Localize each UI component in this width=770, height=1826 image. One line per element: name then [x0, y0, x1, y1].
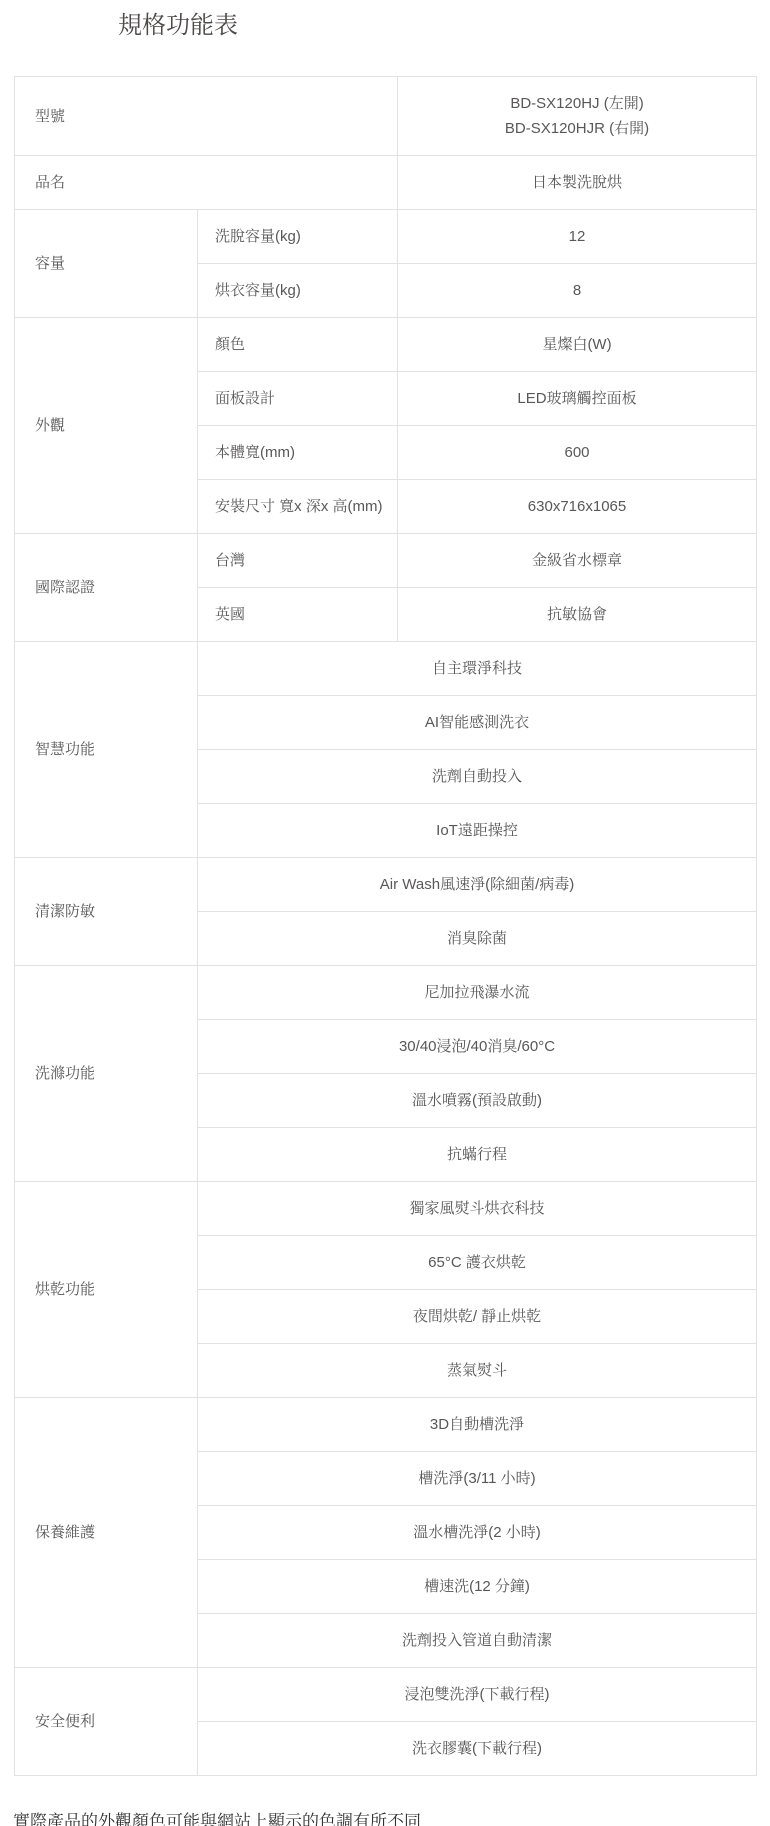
value-text: 600	[565, 444, 590, 461]
value-line: BD-SX120HJ (左開)	[408, 91, 746, 116]
table-row: 智慧功能自主環淨科技	[15, 642, 757, 696]
feature-text: 夜間烘乾/ 靜止烘乾	[413, 1308, 541, 1325]
feature-cell: 自主環淨科技	[198, 642, 757, 696]
section-label-cell: 國際認證	[15, 534, 198, 642]
section-label-cell: 保養維護	[15, 1398, 198, 1668]
section-label: 國際認證	[35, 579, 95, 596]
feature-text: 洗劑自動投入	[432, 768, 522, 785]
feature-text: 抗蟎行程	[447, 1146, 507, 1163]
table-row: 清潔防敏Air Wash風速淨(除細菌/病毒)	[15, 858, 757, 912]
feature-cell: 3D自動槽洗淨	[198, 1398, 757, 1452]
feature-text: Air Wash風速淨(除細菌/病毒)	[380, 876, 574, 893]
feature-text: 自主環淨科技	[432, 660, 522, 677]
sub-label: 本體寬(mm)	[215, 444, 295, 461]
feature-text: AI智能感測洗衣	[425, 714, 529, 731]
feature-text: 槽洗淨(3/11 小時)	[418, 1470, 535, 1487]
sub-label-cell: 英國	[198, 588, 398, 642]
section-label: 型號	[35, 108, 65, 125]
section-label-cell: 安全便利	[15, 1668, 198, 1776]
value-text: 8	[573, 282, 581, 299]
section-label-cell: 外觀	[15, 318, 198, 534]
value-line: 日本製洗脫烘	[408, 170, 746, 195]
section-label: 洗滌功能	[35, 1065, 95, 1082]
feature-cell: 65°C 護衣烘乾	[198, 1236, 757, 1290]
table-row: 洗滌功能尼加拉飛瀑水流	[15, 966, 757, 1020]
feature-cell: AI智能感測洗衣	[198, 696, 757, 750]
section-label: 智慧功能	[35, 741, 95, 758]
feature-text: 浸泡雙洗淨(下載行程)	[405, 1686, 550, 1703]
feature-text: 3D自動槽洗淨	[430, 1416, 524, 1433]
feature-cell: 抗蟎行程	[198, 1128, 757, 1182]
table-row: 安全便利浸泡雙洗淨(下載行程)	[15, 1668, 757, 1722]
value-text: 630x716x1065	[528, 498, 626, 515]
sub-label-cell: 台灣	[198, 534, 398, 588]
section-label-cell: 型號	[15, 77, 398, 156]
sub-label: 洗脫容量(kg)	[215, 228, 301, 245]
feature-text: 槽速洗(12 分鐘)	[424, 1578, 530, 1595]
sub-label-cell: 面板設計	[198, 372, 398, 426]
table-row: 烘乾功能獨家風熨斗烘衣科技	[15, 1182, 757, 1236]
section-label: 品名	[35, 174, 65, 191]
table-row: 保養維護3D自動槽洗淨	[15, 1398, 757, 1452]
table-row: 容量洗脫容量(kg)12	[15, 210, 757, 264]
table-row: 品名日本製洗脫烘	[15, 156, 757, 210]
feature-cell: 夜間烘乾/ 靜止烘乾	[198, 1290, 757, 1344]
feature-text: 溫水噴霧(預設啟動)	[412, 1092, 542, 1109]
value-cell: 630x716x1065	[398, 480, 757, 534]
feature-cell: 洗劑投入管道自動清潔	[198, 1614, 757, 1668]
feature-cell: 30/40浸泡/40消臭/60°C	[198, 1020, 757, 1074]
feature-text: 洗劑投入管道自動清潔	[402, 1632, 552, 1649]
feature-text: 獨家風熨斗烘衣科技	[410, 1200, 545, 1217]
sub-label: 烘衣容量(kg)	[215, 282, 301, 299]
feature-cell: 浸泡雙洗淨(下載行程)	[198, 1668, 757, 1722]
feature-text: 消臭除菌	[447, 930, 507, 947]
value-cell: 日本製洗脫烘	[398, 156, 757, 210]
value-cell: 8	[398, 264, 757, 318]
value-cell: BD-SX120HJ (左開)BD-SX120HJR (右開)	[398, 77, 757, 156]
section-label: 烘乾功能	[35, 1281, 95, 1298]
value-cell: 金級省水標章	[398, 534, 757, 588]
spec-table-body: 型號BD-SX120HJ (左開)BD-SX120HJR (右開)品名日本製洗脫…	[15, 77, 757, 1776]
value-cell: 抗敏協會	[398, 588, 757, 642]
section-label: 安全便利	[35, 1713, 95, 1730]
section-label: 清潔防敏	[35, 903, 95, 920]
feature-cell: 洗衣膠囊(下載行程)	[198, 1722, 757, 1776]
spec-table: 型號BD-SX120HJ (左開)BD-SX120HJR (右開)品名日本製洗脫…	[14, 76, 757, 1776]
feature-cell: 蒸氣熨斗	[198, 1344, 757, 1398]
sub-label: 面板設計	[215, 390, 275, 407]
feature-cell: 溫水噴霧(預設啟動)	[198, 1074, 757, 1128]
value-text: 金級省水標章	[532, 552, 622, 569]
value-text: 星燦白(W)	[542, 336, 611, 353]
sub-label-cell: 烘衣容量(kg)	[198, 264, 398, 318]
footer-note: 實際產品的外觀顏色可能與網站上顯示的色調有所不同	[13, 1810, 770, 1826]
feature-cell: 溫水槽洗淨(2 小時)	[198, 1506, 757, 1560]
feature-cell: IoT遠距操控	[198, 804, 757, 858]
section-label: 保養維護	[35, 1524, 95, 1541]
feature-cell: Air Wash風速淨(除細菌/病毒)	[198, 858, 757, 912]
value-text: LED玻璃觸控面板	[517, 390, 636, 407]
value-cell: 星燦白(W)	[398, 318, 757, 372]
feature-text: 蒸氣熨斗	[447, 1362, 507, 1379]
section-label-cell: 品名	[15, 156, 398, 210]
sub-label: 英國	[215, 606, 245, 623]
feature-text: 30/40浸泡/40消臭/60°C	[399, 1038, 555, 1055]
feature-cell: 洗劑自動投入	[198, 750, 757, 804]
feature-text: 尼加拉飛瀑水流	[425, 984, 530, 1001]
section-label-cell: 洗滌功能	[15, 966, 198, 1182]
sub-label-cell: 顏色	[198, 318, 398, 372]
page-title: 規格功能表	[118, 12, 770, 40]
value-cell: LED玻璃觸控面板	[398, 372, 757, 426]
sub-label-cell: 本體寬(mm)	[198, 426, 398, 480]
sub-label-cell: 洗脫容量(kg)	[198, 210, 398, 264]
feature-cell: 獨家風熨斗烘衣科技	[198, 1182, 757, 1236]
value-line: BD-SX120HJR (右開)	[408, 116, 746, 141]
feature-text: IoT遠距操控	[436, 822, 518, 839]
sub-label: 安裝尺寸 寬x 深x 高(mm)	[215, 498, 382, 515]
value-text: 抗敏協會	[547, 606, 607, 623]
sub-label-cell: 安裝尺寸 寬x 深x 高(mm)	[198, 480, 398, 534]
feature-cell: 消臭除菌	[198, 912, 757, 966]
feature-cell: 尼加拉飛瀑水流	[198, 966, 757, 1020]
feature-text: 洗衣膠囊(下載行程)	[412, 1740, 542, 1757]
section-label-cell: 智慧功能	[15, 642, 198, 858]
section-label: 外觀	[35, 417, 65, 434]
feature-text: 65°C 護衣烘乾	[428, 1254, 526, 1271]
value-text: 12	[569, 228, 586, 245]
feature-cell: 槽洗淨(3/11 小時)	[198, 1452, 757, 1506]
table-row: 型號BD-SX120HJ (左開)BD-SX120HJR (右開)	[15, 77, 757, 156]
sub-label: 台灣	[215, 552, 245, 569]
feature-cell: 槽速洗(12 分鐘)	[198, 1560, 757, 1614]
section-label-cell: 清潔防敏	[15, 858, 198, 966]
value-cell: 12	[398, 210, 757, 264]
section-label-cell: 烘乾功能	[15, 1182, 198, 1398]
section-label: 容量	[35, 255, 65, 272]
section-label-cell: 容量	[15, 210, 198, 318]
sub-label: 顏色	[215, 336, 245, 353]
table-row: 外觀顏色星燦白(W)	[15, 318, 757, 372]
feature-text: 溫水槽洗淨(2 小時)	[413, 1524, 541, 1541]
value-cell: 600	[398, 426, 757, 480]
table-row: 國際認證台灣金級省水標章	[15, 534, 757, 588]
